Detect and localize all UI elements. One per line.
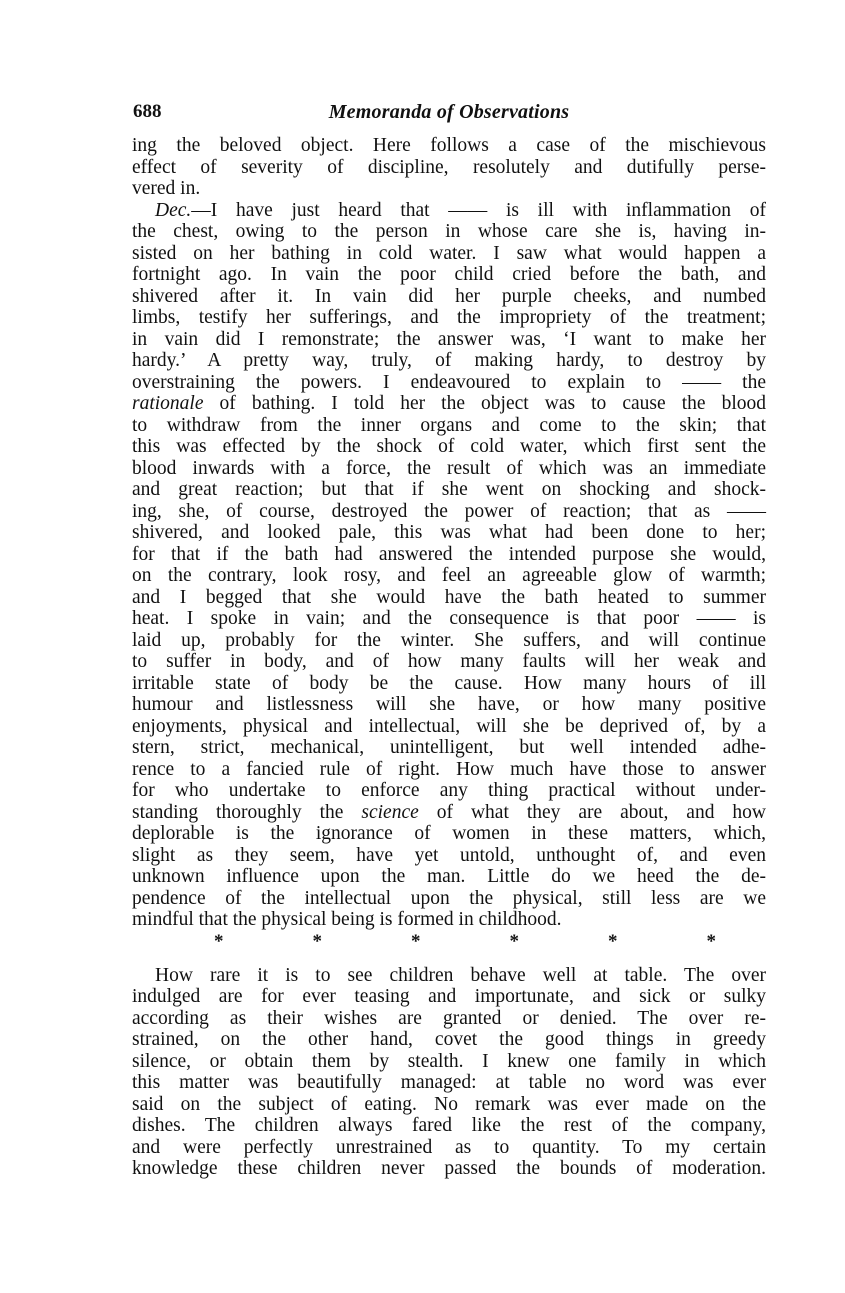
text-line: to withdraw from the inner organs and co… [132, 415, 766, 437]
text-line: and were perfectly unrestrained as to qu… [132, 1137, 766, 1159]
text-line: limbs, testify her sufferings, and the i… [132, 307, 766, 329]
text-line: hardy.’ A pretty way, truly, of making h… [132, 350, 766, 372]
text-line: pendence of the intellectual upon the ph… [132, 888, 766, 910]
text-line: heat. I spoke in vain; and the consequen… [132, 608, 766, 630]
italic-term-science: science [361, 802, 418, 823]
text-line: enjoyments, physical and intellectual, w… [132, 716, 766, 738]
text-line: blood inwards with a force, the result o… [132, 458, 766, 480]
text-line: knowledge these children never passed th… [132, 1158, 766, 1180]
text-line: slight as they seem, have yet untold, un… [132, 845, 766, 867]
text-line: laid up, probably for the winter. She su… [132, 630, 766, 652]
text-line: the chest, owing to the person in whose … [132, 221, 766, 243]
text-line: for who undertake to enforce any thing p… [132, 780, 766, 802]
text-line: strained, on the other hand, covet the g… [132, 1029, 766, 1051]
text-line: overstraining the powers. I endeavoured … [132, 372, 766, 394]
text-line: How rare it is to see children behave we… [132, 965, 766, 987]
text-line: according as their wishes are granted or… [132, 1008, 766, 1030]
text-line: this matter was beautifully managed: at … [132, 1072, 766, 1094]
page-body: ing the beloved object. Here follows a c… [132, 135, 766, 1180]
asterisk: * [411, 931, 421, 952]
book-page: 688 Memoranda of Observations ing the be… [132, 101, 766, 1180]
paragraph-dec-entry: Dec.—I have just heard that —— is ill wi… [132, 200, 766, 931]
text-line: and great reaction; but that if she went… [132, 479, 766, 501]
running-head: 688 Memoranda of Observations [132, 101, 766, 129]
paragraph-continuation: ing the beloved object. Here follows a c… [132, 135, 766, 200]
paragraph-table-manners: How rare it is to see children behave we… [132, 965, 766, 1180]
text-line: Dec.—I have just heard that —— is ill wi… [132, 200, 766, 222]
section-break: * * * * * * [132, 931, 766, 952]
text-line: mindful that the physical being is forme… [132, 909, 766, 931]
asterisk: * [608, 931, 618, 952]
text-line: unknown influence upon the man. Little d… [132, 866, 766, 888]
text-line: ing the beloved object. Here follows a c… [132, 135, 766, 157]
text-line: on the contrary, look rosy, and feel an … [132, 565, 766, 587]
text-line: sisted on her bathing in cold water. I s… [132, 243, 766, 265]
text-line: shivered after it. In vain did her purpl… [132, 286, 766, 308]
asterisk: * [214, 931, 224, 952]
running-title: Memoranda of Observations [132, 101, 766, 124]
text-line: to suffer in body, and of how many fault… [132, 651, 766, 673]
text-line: in vain did I remonstrate; the answer wa… [132, 329, 766, 351]
text-line: deplorable is the ignorance of women in … [132, 823, 766, 845]
text-line: indulged are for ever teasing and import… [132, 986, 766, 1008]
text-line: effect of severity of discipline, resolu… [132, 157, 766, 179]
text-line: for that if the bath had answered the in… [132, 544, 766, 566]
text-line: said on the subject of eating. No remark… [132, 1094, 766, 1116]
asterisk: * [313, 931, 323, 952]
text-line: fortnight ago. In vain the poor child cr… [132, 264, 766, 286]
text-line: humour and listlessness will she have, o… [132, 694, 766, 716]
text-line: this was effected by the shock of cold w… [132, 436, 766, 458]
text-line: rence to a fancied rule of right. How mu… [132, 759, 766, 781]
text-line: dishes. The children always fared like t… [132, 1115, 766, 1137]
text-line: vered in. [132, 178, 766, 200]
date-label: Dec. [155, 200, 191, 221]
asterisk: * [510, 931, 520, 952]
text-line: ing, she, of course, destroyed the power… [132, 501, 766, 523]
spacer [132, 952, 766, 965]
text-line: stern, strict, mechanical, unintelligent… [132, 737, 766, 759]
text-line: irritable state of body be the cause. Ho… [132, 673, 766, 695]
text-line: shivered, and looked pale, this was what… [132, 522, 766, 544]
asterisk: * [707, 931, 717, 952]
text-line: and I begged that she would have the bat… [132, 587, 766, 609]
text-line: silence, or obtain them by stealth. I kn… [132, 1051, 766, 1073]
italic-term-rationale: rationale [132, 393, 204, 414]
text-line: rationale of bathing. I told her the obj… [132, 393, 766, 415]
text-line: standing thoroughly the science of what … [132, 802, 766, 824]
